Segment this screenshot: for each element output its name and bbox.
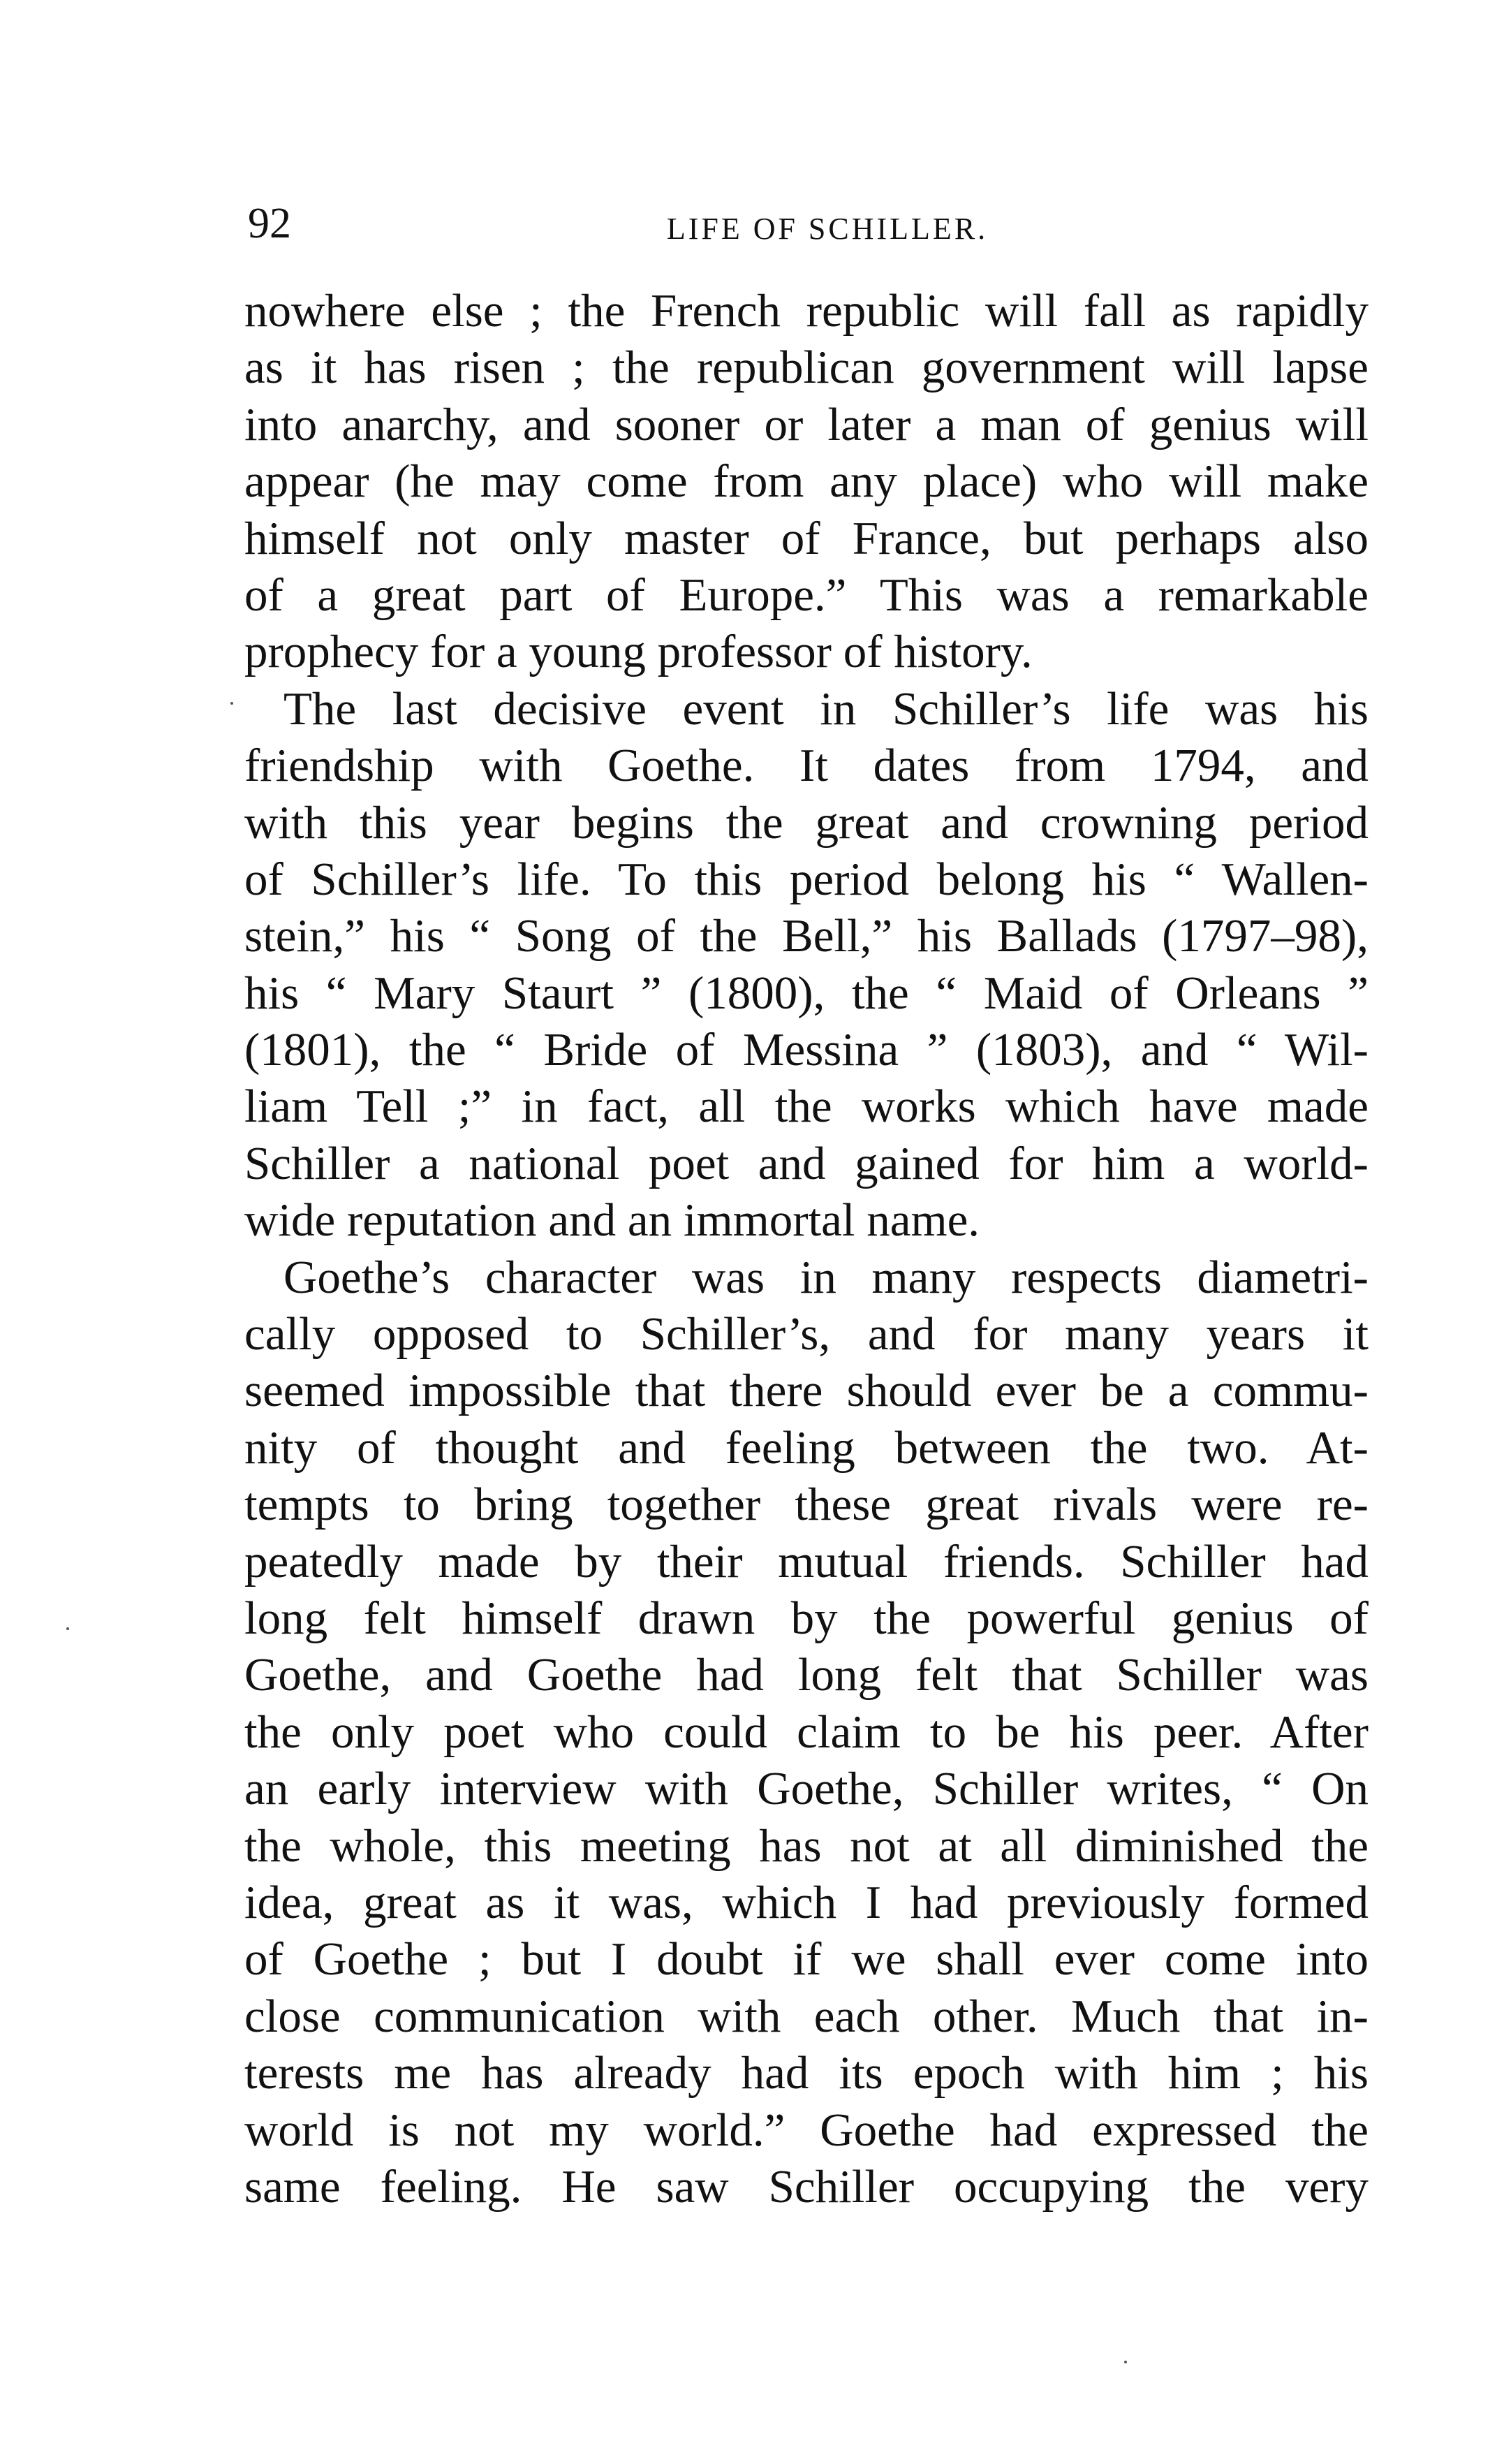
text-line: with this year begins the great and crow… (244, 795, 1369, 851)
body-text: nowhere else ; the French republic will … (244, 283, 1369, 2215)
text-line: an early interview with Goethe, Schiller… (244, 1761, 1369, 1817)
text-line: nity of thought and feeling between the … (244, 1420, 1369, 1476)
text-line: of a great part of Europe.” This was a r… (244, 567, 1369, 624)
text-line: into anarchy, and sooner or later a man … (244, 397, 1369, 453)
text-line: same feeling. He saw Schiller occupying … (244, 2159, 1369, 2215)
paragraph-first-line: The last decisive event in Schiller’s li… (244, 681, 1369, 738)
text-line: wide reputation and an immortal name. (244, 1192, 1369, 1249)
text-line: of Goethe ; but I doubt if we shall ever… (244, 1931, 1369, 1988)
text-line: appear (he may come from any place) who … (244, 453, 1369, 510)
text-line: world is not my world.” Goethe had expre… (244, 2102, 1369, 2159)
scan-speck (230, 702, 233, 705)
text-line: (1801), the “ Bride of Messina ” (1803),… (244, 1022, 1369, 1078)
text-line: Schiller a national poet and gained for … (244, 1136, 1369, 1192)
scan-speck (66, 1627, 69, 1630)
text-line: close communication with each other. Muc… (244, 1988, 1369, 2045)
text-line: peatedly made by their mutual friends. S… (244, 1534, 1369, 1590)
text-line: tempts to bring together these great riv… (244, 1476, 1369, 1533)
text-line: the whole, this meeting has not at all d… (244, 1818, 1369, 1875)
text-line: long felt himself drawn by the powerful … (244, 1590, 1369, 1647)
text-line: terests me has already had its epoch wit… (244, 2045, 1369, 2102)
text-line: prophecy for a young professor of histor… (244, 624, 1369, 680)
text-line: as it has risen ; the republican governm… (244, 339, 1369, 396)
running-head: LIFE OF SCHILLER. (248, 205, 1365, 254)
text-line: Goethe, and Goethe had long felt that Sc… (244, 1647, 1369, 1703)
text-line: stein,” his “ Song of the Bell,” his Bal… (244, 908, 1369, 965)
scan-speck (1124, 2361, 1127, 2363)
text-line: seemed impossible that there should ever… (244, 1363, 1369, 1419)
text-line: of Schiller’s life. To this period belon… (244, 851, 1369, 908)
text-line: nowhere else ; the French republic will … (244, 283, 1369, 339)
text-line: himself not only master of France, but p… (244, 511, 1369, 567)
page-header: 92 LIFE OF SCHILLER. (248, 199, 1365, 248)
text-line: the only poet who could claim to be his … (244, 1704, 1369, 1761)
text-line: friendship with Goethe. It dates from 17… (244, 738, 1369, 794)
text-line: liam Tell ;” in fact, all the works whic… (244, 1078, 1369, 1135)
text-line: his “ Mary Staurt ” (1800), the “ Maid o… (244, 965, 1369, 1022)
paragraph-first-line: Goethe’s character was in many respects … (244, 1249, 1369, 1306)
text-line: cally opposed to Schiller’s, and for man… (244, 1306, 1369, 1363)
text-line: idea, great as it was, which I had previ… (244, 1875, 1369, 1931)
